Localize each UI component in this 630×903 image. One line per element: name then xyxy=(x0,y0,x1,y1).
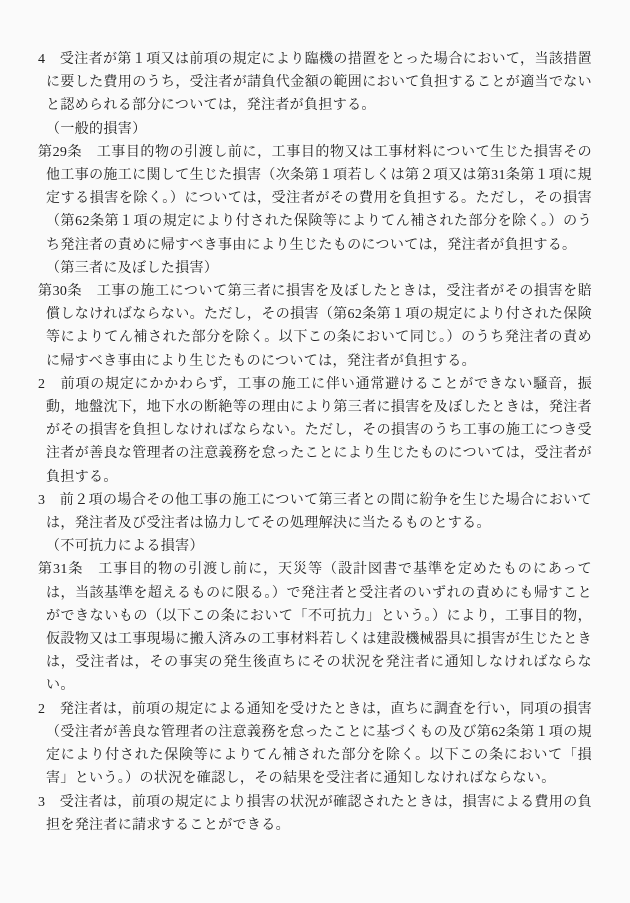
clause-text: 発注者は，前項の規定による通知を受けたときは，直ちに調査を行い，同項の損害（受注… xyxy=(46,702,592,787)
section-heading: （第三者に及ぼした損害） xyxy=(38,257,592,280)
paragraph-number: 2 xyxy=(38,702,60,717)
paragraph-number: 3 xyxy=(38,795,60,810)
section-heading: （不可抗力による損害） xyxy=(38,535,592,558)
article-number: 第30条 xyxy=(38,284,97,299)
clause-text: 工事目的物の引渡し前に，天災等（設計図書で基準を定めたものにあっては，当該基準を… xyxy=(46,562,592,693)
paragraph-number: 3 xyxy=(38,493,60,508)
heading-text: （不可抗力による損害） xyxy=(46,539,204,554)
heading-text: （第三者に及ぼした損害） xyxy=(46,261,218,276)
contract-text-body: 4 受注者が第１項又は前項の規定により臨機の措置をとった場合において，当該措置に… xyxy=(38,48,592,837)
clause-text: 受注者が第１項又は前項の規定により臨機の措置をとった場合において，当該措置に要し… xyxy=(46,52,592,113)
article-clause: 第30条 工事の施工について第三者に損害を及ぼしたときは，受注者がその損害を賠償… xyxy=(38,280,592,373)
article-clause: 第29条 工事目的物の引渡し前に，工事目的物又は工事材料について生じた損害その他… xyxy=(38,141,592,257)
document-page: 4 受注者が第１項又は前項の規定により臨機の措置をとった場合において，当該措置に… xyxy=(0,0,630,903)
numbered-paragraph: 2 前項の規定にかかわらず，工事の施工に伴い通常避けることができない騒音，振動，… xyxy=(38,373,592,489)
clause-text: 前項の規定にかかわらず，工事の施工に伴い通常避けることができない騒音，振動，地盤… xyxy=(46,377,592,485)
article-number: 第29条 xyxy=(38,145,97,160)
article-number: 第31条 xyxy=(38,562,98,577)
clause-text: 受注者は，前項の規定により損害の状況が確認されたときは，損害による費用の負担を発… xyxy=(46,795,592,833)
numbered-paragraph: 4 受注者が第１項又は前項の規定により臨機の措置をとった場合において，当該措置に… xyxy=(38,48,592,118)
numbered-paragraph: 3 前２項の場合その他工事の施工について第三者との間に紛争を生じた場合においては… xyxy=(38,489,592,535)
heading-text: （一般的損害） xyxy=(46,122,146,137)
section-heading: （一般的損害） xyxy=(38,118,592,141)
paragraph-number: 2 xyxy=(38,377,61,392)
clause-text: 工事の施工について第三者に損害を及ぼしたときは，受注者がその損害を賠償しなければ… xyxy=(46,284,592,369)
clause-text: 工事目的物の引渡し前に，工事目的物又は工事材料について生じた損害その他工事の施工… xyxy=(46,145,592,253)
numbered-paragraph: 2 発注者は，前項の規定による通知を受けたときは，直ちに調査を行い，同項の損害（… xyxy=(38,698,592,791)
numbered-paragraph: 3 受注者は，前項の規定により損害の状況が確認されたときは，損害による費用の負担… xyxy=(38,791,592,837)
paragraph-number: 4 xyxy=(38,52,60,67)
article-clause: 第31条 工事目的物の引渡し前に，天災等（設計図書で基準を定めたものにあっては，… xyxy=(38,558,592,697)
clause-text: 前２項の場合その他工事の施工について第三者との間に紛争を生じた場合においては，発… xyxy=(46,493,592,531)
